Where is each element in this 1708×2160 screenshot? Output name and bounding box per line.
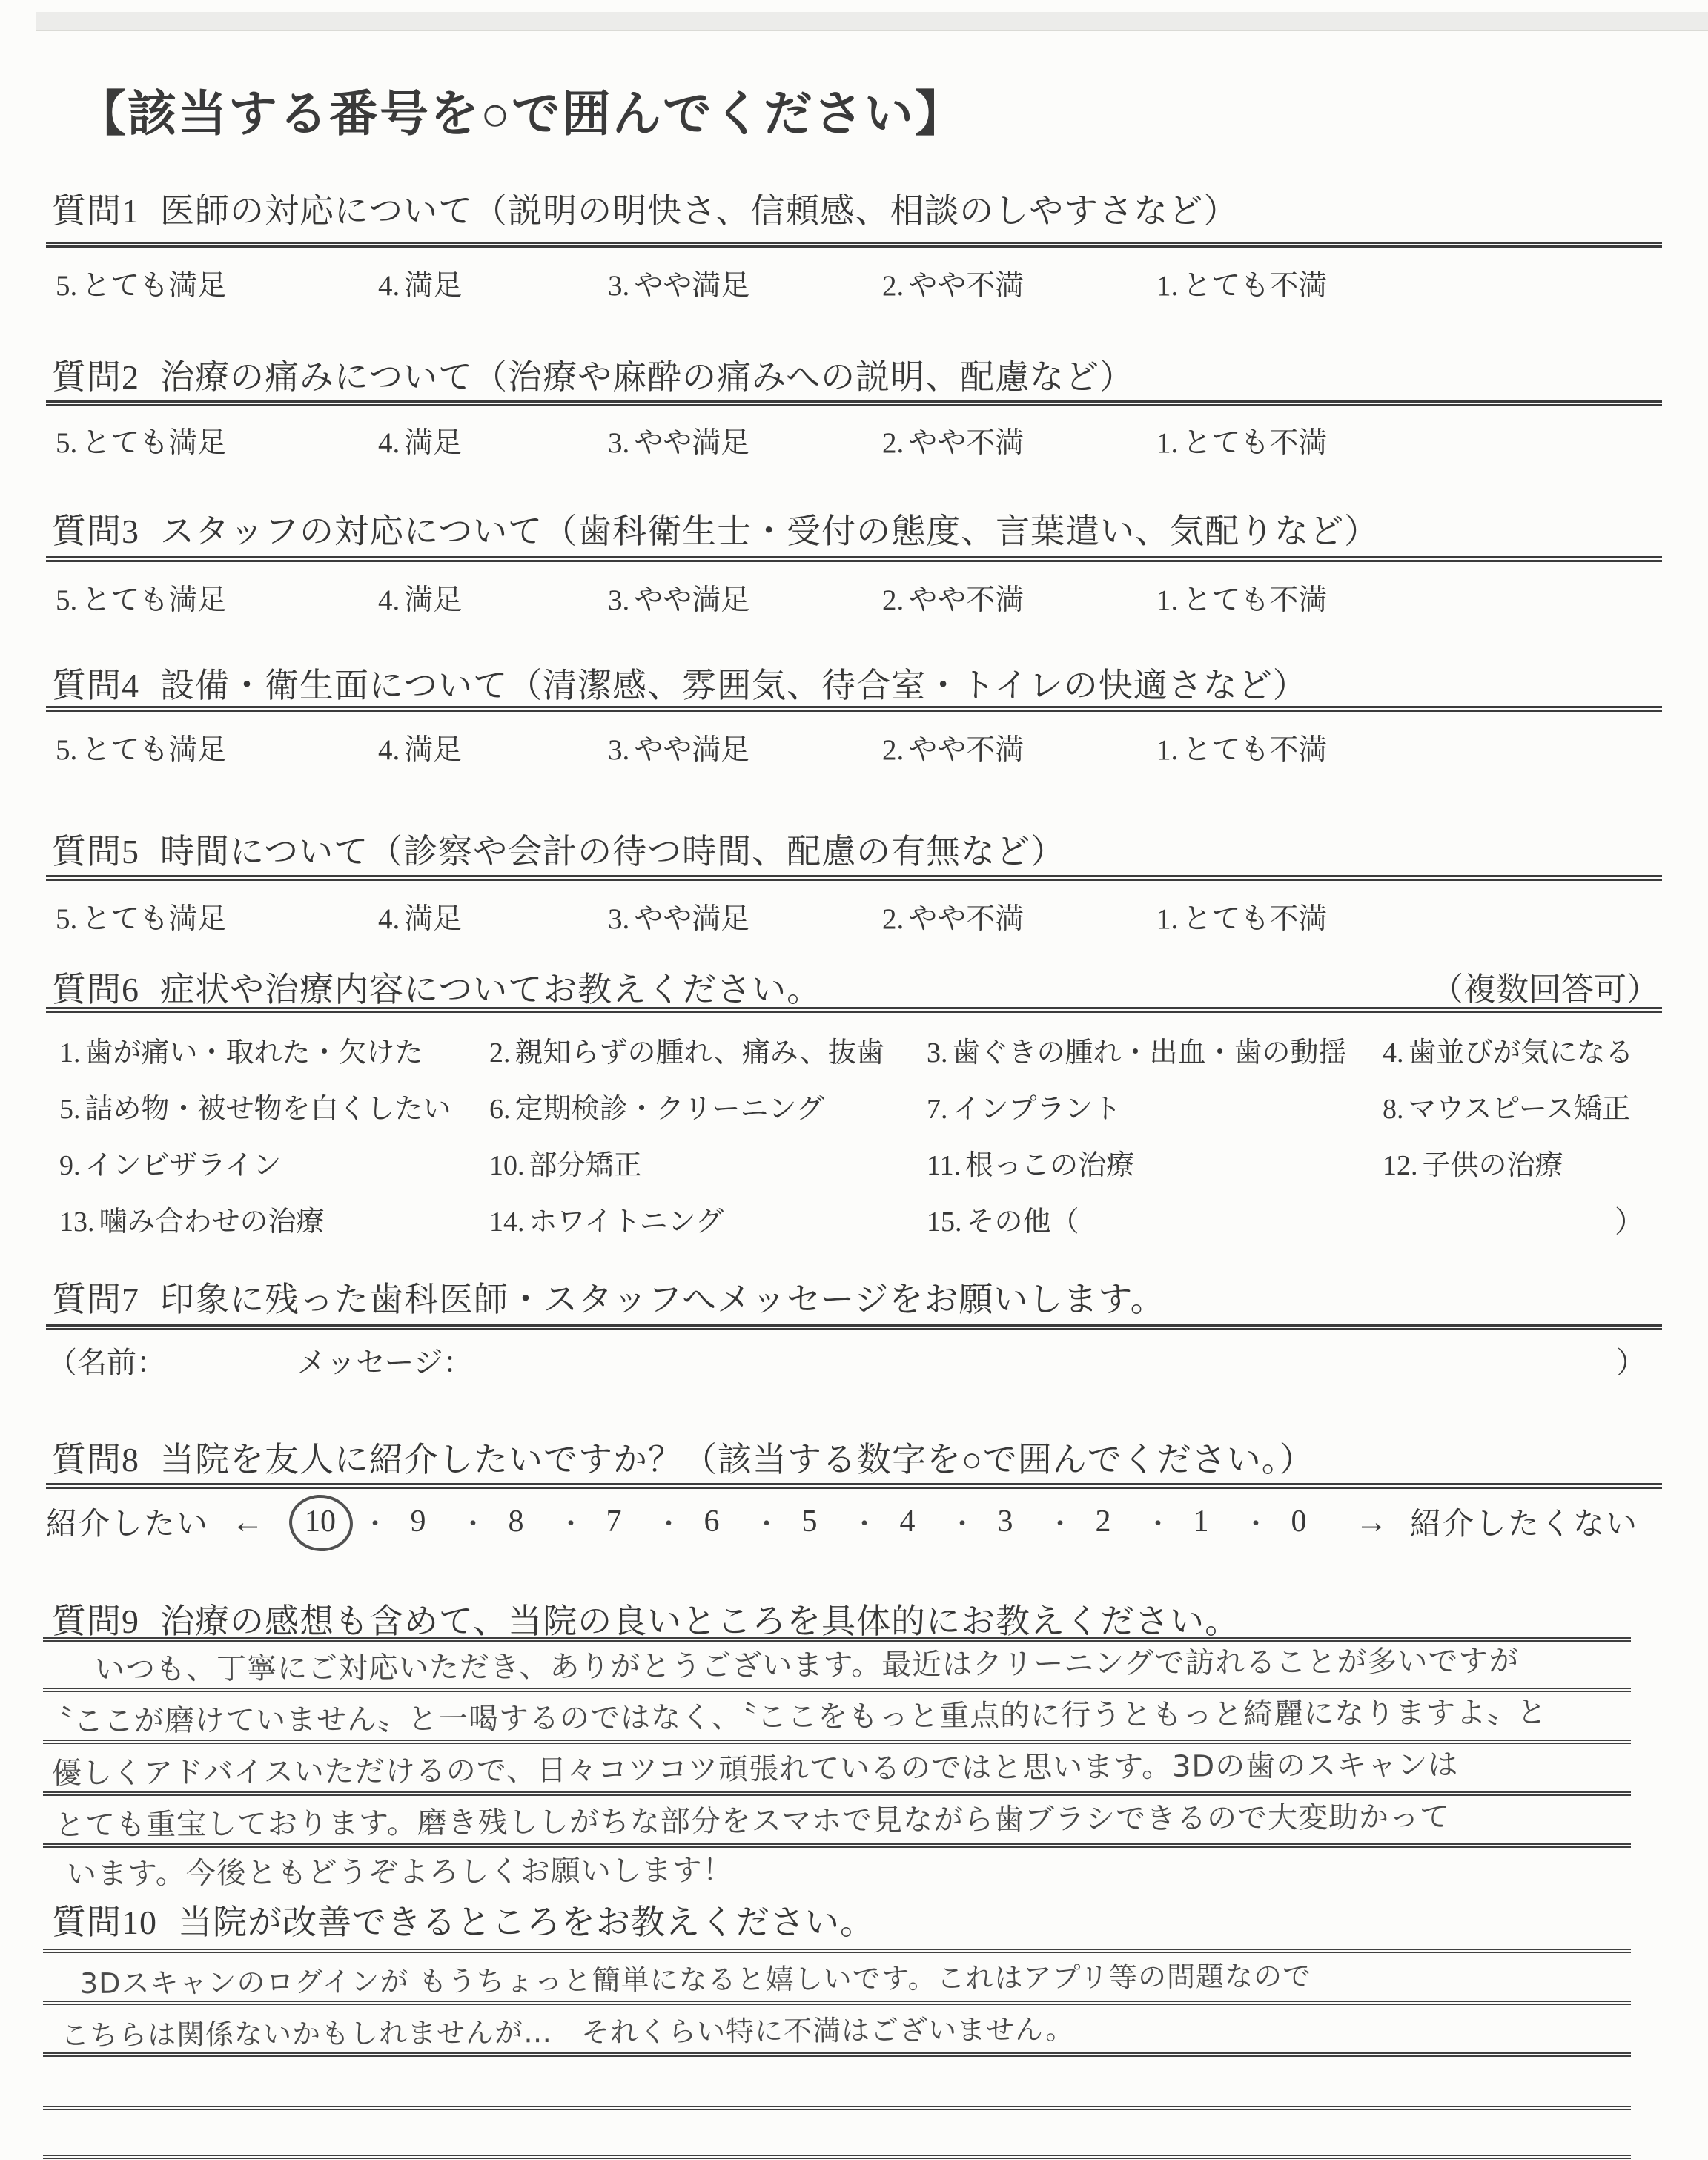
question-2-options: 5.とても満足 4.満足 3.やや満足 2.やや不満 1.とても不満 (0, 420, 1708, 467)
scan-artifact-band (36, 12, 1708, 31)
q6-item-8-text: マウスピース矯正 (1409, 1094, 1630, 1125)
q6-other-close-paren: ） (1615, 1198, 1644, 1241)
q6-item-9: 9.インビザライン (59, 1142, 281, 1183)
q9-handwritten-line-3: 優しくアドバイスいただけるので、日々コツコツ頑張れているのではと思います。3Dの… (52, 1741, 1459, 1792)
q4-option-1: 1.とても不満 (1156, 727, 1327, 768)
answer-ruled-line (43, 2001, 1631, 2005)
q1-option-2: 2.やや不満 (882, 262, 1024, 304)
q7-message-label: メッセージ： (297, 1339, 473, 1381)
answer-ruled-line (43, 2106, 1631, 2110)
q8-number-0: 0 (1278, 1504, 1320, 1539)
q5-option-5: 5.とても満足 (56, 896, 226, 937)
form-title: 【該当する番号を○で囲んでください】 (77, 74, 965, 145)
q6-item-11-number: 11. (927, 1149, 961, 1182)
q4-option-3-number: 3. (608, 733, 629, 767)
question-3-heading: 質問3スタッフの対応について（歯科衛生士・受付の態度、言葉遣い、気配りなど） (52, 504, 1379, 553)
q6-item-10-text: 部分矯正 (529, 1150, 642, 1181)
q1-option-5-text: とても満足 (82, 270, 226, 302)
question-6-text: 症状や治療内容についてお教えください。 (160, 971, 821, 1008)
scanned-survey-form: { "document": { "title": "【該当する番号を○で囲んでく… (0, 0, 1708, 2160)
q6-item-7-number: 7. (927, 1093, 948, 1126)
q3-option-3: 3.やや満足 (608, 577, 749, 618)
q1-option-5-number: 5. (56, 269, 77, 303)
q6-item-6-number: 6. (489, 1093, 511, 1126)
q4-option-4-number: 4. (378, 733, 400, 767)
q2-option-5-number: 5. (56, 426, 77, 460)
q2-option-5: 5.とても満足 (56, 420, 226, 461)
q9-handwritten-line-5: います。今後ともどうぞよろしくお願いします！ (67, 1847, 733, 1893)
q3-option-5-number: 5. (56, 584, 77, 617)
q5-option-4-number: 4. (378, 902, 400, 936)
question-10-label: 質問10 (52, 1903, 157, 1941)
q1-option-3-number: 3. (608, 269, 629, 303)
q6-item-3-number: 3. (927, 1037, 948, 1069)
q8-number-7: 7 (593, 1504, 635, 1539)
q6-item-11-text: 根っこの治療 (965, 1150, 1134, 1181)
q3-option-2: 2.やや不満 (882, 577, 1024, 618)
q2-option-1: 1.とても不満 (1156, 420, 1327, 461)
q6-item-15-number: 15. (927, 1206, 962, 1238)
q6-item-12-text: 子供の治療 (1423, 1150, 1563, 1181)
q7-close-paren: ） (1616, 1339, 1646, 1381)
question-6-heading: 質問6症状や治療内容についてお教えください。 (52, 962, 821, 1011)
q6-item-1-number: 1. (59, 1037, 81, 1069)
divider-rule (46, 875, 1662, 881)
q8-number-9: 9 (397, 1504, 439, 1539)
question-9-label: 質問9 (52, 1602, 139, 1640)
question-1-text: 医師の対応について（説明の明快さ、信頼感、相談のしやすさなど） (160, 192, 1238, 230)
q6-item-6-text: 定期検診・クリーニング (515, 1094, 824, 1125)
q8-number-2: 2 (1082, 1504, 1124, 1539)
q6-item-13-number: 13. (59, 1206, 95, 1238)
q2-option-4-text: 満足 (404, 427, 462, 459)
q5-option-2-number: 2. (882, 902, 904, 936)
question-5-label: 質問5 (52, 833, 139, 871)
q6-item-13-text: 噛み合わせの治療 (99, 1206, 325, 1238)
q5-option-1: 1.とても不満 (1156, 896, 1327, 937)
q3-option-3-number: 3. (608, 584, 629, 617)
question-2-text: 治療の痛みについて（治療や麻酔の痛みへの説明、配慮など） (160, 358, 1134, 396)
question-10-text: 当院が改善できるところをお教えください。 (178, 1903, 875, 1941)
scale-dot: ・ (753, 1503, 768, 1541)
scale-dot: ・ (460, 1503, 474, 1541)
q8-number-10: 10 (299, 1504, 341, 1539)
q8-number-10-value: 10 (305, 1505, 336, 1539)
q3-option-4: 4.満足 (378, 577, 462, 618)
question-4-options: 5.とても満足 4.満足 3.やや満足 2.やや不満 1.とても不満 (0, 727, 1708, 774)
question-1-label: 質問1 (52, 192, 139, 230)
q10-handwritten-line-1: 3Dスキャンのログインが もうちょっと簡単になると嬉しいです。これはアプリ等の問… (80, 1953, 1311, 2001)
divider-rule (46, 556, 1662, 562)
q5-option-3: 3.やや満足 (608, 896, 749, 937)
q7-name-label: （名前： (47, 1339, 166, 1381)
scale-dot: ・ (557, 1503, 572, 1541)
question-7-heading: 質問7印象に残った歯科医師・スタッフへメッセージをお願いします。 (52, 1272, 1165, 1321)
scale-dot: ・ (1047, 1503, 1062, 1541)
q4-option-3: 3.やや満足 (608, 727, 749, 768)
q2-option-3-number: 3. (608, 426, 629, 460)
q6-item-1-text: 歯が痛い・取れた・欠けた (85, 1037, 423, 1069)
q3-option-4-number: 4. (378, 584, 400, 617)
q4-option-3-text: やや満足 (634, 734, 749, 766)
q4-option-4: 4.満足 (378, 727, 462, 768)
q6-item-2-text: 親知らずの腫れ、痛み、抜歯 (515, 1037, 885, 1069)
q6-item-11: 11.根っこの治療 (927, 1142, 1134, 1183)
q1-option-2-text: やや不満 (908, 270, 1024, 302)
q5-option-4: 4.満足 (378, 896, 462, 937)
q4-option-5-text: とても満足 (82, 734, 226, 766)
left-arrow-icon: ← (231, 1503, 264, 1541)
q8-number-1: 1 (1180, 1504, 1222, 1539)
q2-option-3: 3.やや満足 (608, 420, 749, 461)
question-8-heading: 質問8当院を友人に紹介したいですか？（該当する数字を○で囲んでください。） (52, 1433, 1314, 1482)
divider-rule (46, 400, 1662, 406)
q6-item-14-text: ホワイトニング (529, 1206, 724, 1238)
q3-option-2-number: 2. (882, 584, 904, 617)
answer-ruled-line (43, 1843, 1631, 1848)
divider-rule (46, 706, 1662, 712)
q6-item-12: 12.子供の治療 (1383, 1142, 1563, 1183)
q5-option-2-text: やや不満 (908, 903, 1024, 935)
q4-option-2-text: やや不満 (908, 734, 1024, 766)
q3-option-1-number: 1. (1156, 584, 1178, 617)
q4-option-5: 5.とても満足 (56, 727, 226, 768)
q8-number-6: 6 (691, 1504, 732, 1539)
q2-option-5-text: とても満足 (82, 427, 226, 459)
question-5-heading: 質問5時間について（診察や会計の待つ時間、配慮の有無など） (52, 825, 1065, 873)
q1-option-1-text: とても不満 (1182, 270, 1327, 302)
q2-option-1-number: 1. (1156, 426, 1178, 460)
q6-item-7-text: インプラント (953, 1094, 1122, 1125)
scale-dot: ・ (851, 1503, 866, 1541)
divider-rule (46, 242, 1662, 248)
q5-option-5-text: とても満足 (82, 903, 226, 935)
q3-option-4-text: 満足 (404, 584, 462, 616)
q8-number-4: 4 (887, 1504, 928, 1539)
q2-option-4: 4.満足 (378, 420, 462, 461)
q6-item-10: 10.部分矯正 (489, 1142, 642, 1183)
q6-item-5-text: 詰め物・被せ物を白くしたい (85, 1094, 451, 1125)
q5-option-5-number: 5. (56, 902, 77, 936)
q2-option-2: 2.やや不満 (882, 420, 1024, 461)
q6-item-4-number: 4. (1383, 1037, 1404, 1069)
q1-option-4-number: 4. (378, 269, 400, 303)
q4-option-1-text: とても不満 (1182, 734, 1327, 766)
q8-left-label: 紹介したい (46, 1499, 209, 1544)
question-4-label: 質問4 (52, 667, 139, 704)
q2-option-4-number: 4. (378, 426, 400, 460)
q4-option-1-number: 1. (1156, 733, 1178, 767)
q1-option-3-text: やや満足 (634, 270, 749, 302)
q3-option-3-text: やや満足 (634, 584, 749, 616)
q6-item-9-number: 9. (59, 1149, 81, 1182)
q4-option-4-text: 満足 (404, 734, 462, 766)
q5-option-3-number: 3. (608, 902, 629, 936)
question-1-heading: 質問1医師の対応について（説明の明快さ、信頼感、相談のしやすさなど） (52, 184, 1238, 233)
q1-option-1: 1.とても不満 (1156, 262, 1327, 304)
q3-option-5-text: とても満足 (82, 584, 226, 616)
q6-item-3: 3.歯ぐきの腫れ・出血・歯の動揺 (927, 1029, 1347, 1070)
q9-handwritten-line-4: とても重宝しております。磨き残ししがちな部分をスマホで見ながら歯ブラシできるので… (55, 1794, 1450, 1844)
q6-item-13: 13.噛み合わせの治療 (59, 1198, 325, 1239)
q4-option-2-number: 2. (882, 733, 904, 767)
q6-item-12-number: 12. (1383, 1149, 1418, 1182)
q8-nps-scale: 紹介したい ← 10 ・ 9 ・ 8 ・ 7 ・ 6 ・ 5 ・ 4 ・ 3 ・… (46, 1499, 1638, 1544)
question-4-text: 設備・衛生面について（清潔感、雰囲気、待合室・トイレの快適さなど） (160, 667, 1308, 704)
q5-option-4-text: 満足 (404, 903, 462, 935)
question-7-text: 印象に残った歯科医師・スタッフへメッセージをお願いします。 (160, 1281, 1165, 1318)
q6-item-3-text: 歯ぐきの腫れ・出血・歯の動揺 (953, 1037, 1347, 1069)
q1-option-5: 5.とても満足 (56, 262, 226, 304)
q9-handwritten-line-1: いつも、丁寧にご対応いただき、ありがとうございます。最近はクリーニングで訪れるこ… (95, 1637, 1520, 1688)
q2-option-3-text: やや満足 (634, 427, 749, 459)
question-9-text: 治療の感想も含めて、当院の良いところを具体的にお教えください。 (160, 1602, 1239, 1640)
q5-option-1-text: とても不満 (1182, 903, 1327, 935)
scale-dot: ・ (1242, 1503, 1257, 1541)
q2-option-2-text: やや不満 (908, 427, 1024, 459)
answer-ruled-line (43, 2155, 1631, 2159)
scale-dot: ・ (1145, 1503, 1159, 1541)
question-9-heading: 質問9治療の感想も含めて、当院の良いところを具体的にお教えください。 (52, 1594, 1239, 1643)
q1-option-4: 4.満足 (378, 262, 462, 304)
scale-dot: ・ (655, 1503, 670, 1541)
question-7-label: 質問7 (52, 1281, 139, 1318)
scale-dot: ・ (949, 1503, 964, 1541)
q3-option-2-text: やや不満 (908, 584, 1024, 616)
scale-dot: ・ (362, 1503, 377, 1541)
q1-option-4-text: 満足 (404, 270, 462, 302)
answer-ruled-line (43, 1949, 1631, 1953)
question-3-text: スタッフの対応について（歯科衛生士・受付の態度、言葉遣い、気配りなど） (160, 512, 1379, 550)
question-6-label: 質問6 (52, 971, 139, 1008)
q6-item-2-number: 2. (489, 1037, 511, 1069)
question-5-options: 5.とても満足 4.満足 3.やや満足 2.やや不満 1.とても不満 (0, 896, 1708, 943)
q3-option-1-text: とても不満 (1182, 584, 1327, 616)
q2-option-2-number: 2. (882, 426, 904, 460)
q6-item-8-number: 8. (1383, 1093, 1404, 1126)
answer-ruled-line (43, 2052, 1631, 2057)
q3-option-5: 5.とても満足 (56, 577, 226, 618)
q6-item-8: 8.マウスピース矯正 (1383, 1086, 1630, 1126)
divider-rule (46, 1483, 1662, 1489)
q5-option-3-text: やや満足 (634, 903, 749, 935)
q6-item-5-number: 5. (59, 1093, 81, 1126)
question-3-options: 5.とても満足 4.満足 3.やや満足 2.やや不満 1.とても不満 (0, 577, 1708, 624)
q6-item-4: 4.歯並びが気になる (1383, 1029, 1634, 1070)
q2-option-1-text: とても不満 (1182, 427, 1327, 459)
question-1-options: 5.とても満足 4.満足 3.やや満足 2.やや不満 1.とても不満 (0, 262, 1708, 310)
q4-option-2: 2.やや不満 (882, 727, 1024, 768)
q8-number-5: 5 (789, 1504, 830, 1539)
question-10-heading: 質問10当院が改善できるところをお教えください。 (52, 1895, 875, 1944)
question-2-heading: 質問2治療の痛みについて（治療や麻酔の痛みへの説明、配慮など） (52, 350, 1134, 399)
question-6-note: （複数回答可） (1431, 962, 1659, 1010)
q1-option-1-number: 1. (1156, 269, 1178, 303)
q9-handwritten-line-2: 〝ここが磨けていません〟と一喝するのではなく、〝ここをもっと重点的に行うともっと… (43, 1689, 1548, 1740)
q6-item-14-number: 14. (489, 1206, 525, 1238)
q6-item-1: 1.歯が痛い・取れた・欠けた (59, 1029, 423, 1070)
q6-item-6: 6.定期検診・クリーニング (489, 1086, 824, 1126)
q6-item-4-text: 歯並びが気になる (1409, 1037, 1634, 1069)
q1-option-2-number: 2. (882, 269, 904, 303)
divider-rule (46, 1007, 1662, 1013)
question-4-heading: 質問4設備・衛生面について（清潔感、雰囲気、待合室・トイレの快適さなど） (52, 658, 1308, 707)
divider-rule (46, 1324, 1662, 1330)
q4-option-5-number: 5. (56, 733, 77, 767)
q10-handwritten-line-2: こちらは関係ないかもしれませんが… それくらい特に不満はございません。 (61, 2007, 1075, 2053)
q6-item-14: 14.ホワイトニング (489, 1198, 724, 1239)
q6-item-15: 15.その他（ (927, 1198, 1079, 1239)
q6-item-5: 5.詰め物・被せ物を白くしたい (59, 1086, 451, 1126)
q8-number-8: 8 (495, 1504, 537, 1539)
q1-option-3: 3.やや満足 (608, 262, 749, 304)
question-3-label: 質問3 (52, 512, 139, 550)
question-5-text: 時間について（診察や会計の待つ時間、配慮の有無など） (160, 833, 1065, 871)
q8-right-label: 紹介したくない (1410, 1499, 1638, 1544)
q6-item-2: 2.親知らずの腫れ、痛み、抜歯 (489, 1029, 884, 1070)
q3-option-1: 1.とても不満 (1156, 577, 1327, 618)
right-arrow-icon: → (1355, 1503, 1388, 1541)
q6-item-15-text: その他（ (967, 1206, 1079, 1238)
question-8-label: 質問8 (52, 1441, 139, 1479)
question-2-label: 質問2 (52, 358, 139, 396)
q6-item-10-number: 10. (489, 1149, 525, 1182)
q6-item-9-text: インビザライン (85, 1150, 282, 1181)
q5-option-2: 2.やや不満 (882, 896, 1024, 937)
q5-option-1-number: 1. (1156, 902, 1178, 936)
q8-number-3: 3 (984, 1504, 1026, 1539)
q6-item-7: 7.インプラント (927, 1086, 1122, 1126)
question-8-text: 当院を友人に紹介したいですか？（該当する数字を○で囲んでください。） (160, 1441, 1314, 1479)
